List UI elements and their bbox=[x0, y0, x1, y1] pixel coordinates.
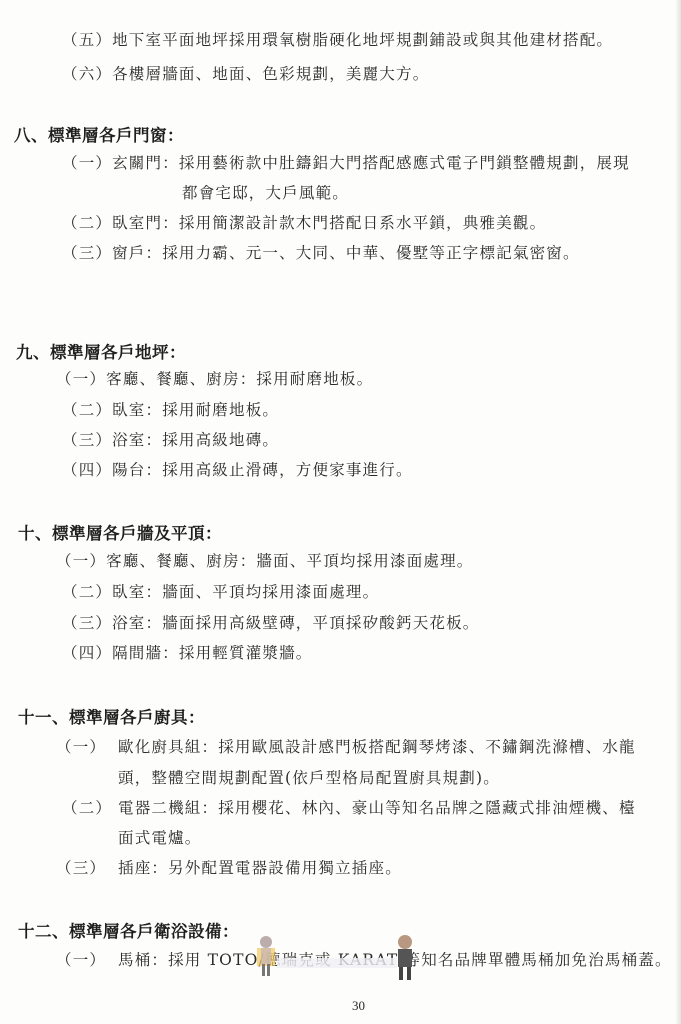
item-number: （四） bbox=[62, 641, 112, 663]
list-item: （三）插座：另外配置電器設備用獨立插座。 bbox=[56, 856, 402, 878]
item-text: 電器二機組：採用櫻花、林內、豪山等知名品牌之隱藏式排油煙機、檯 bbox=[118, 799, 636, 817]
list-item: （二）臥室門：採用簡潔設計款木門搭配日系水平鎖，典雅美觀。 bbox=[62, 211, 546, 233]
list-item: （五）地下室平面地坪採用環氧樹脂硬化地坪規劃鋪設或與其他建材搭配。 bbox=[62, 28, 613, 50]
item-number: （三） bbox=[56, 856, 118, 878]
item-text: 臥室：採用耐磨地板。 bbox=[112, 401, 279, 419]
item-number: （三） bbox=[62, 428, 112, 450]
watermark-figure-icon bbox=[255, 934, 277, 978]
list-item: （三）窗戶：採用力霸、元一、大同、中華、優墅等正字標記氣密窗。 bbox=[62, 241, 580, 263]
item-text: 浴室：採用高級地磚。 bbox=[112, 431, 279, 449]
item-number: （二） bbox=[62, 211, 112, 233]
item-number: （四） bbox=[62, 458, 112, 480]
item-text: 地下室平面地坪採用環氧樹脂硬化地坪規劃鋪設或與其他建材搭配。 bbox=[112, 31, 613, 49]
section-heading: 十一、標準層各戶廚具： bbox=[18, 704, 205, 728]
page-edge-shadow bbox=[675, 0, 681, 1024]
list-item: （一）歐化廚具組：採用歐風設計感門板搭配鋼琴烤漆、不鏽鋼洗滌槽、水龍 bbox=[56, 735, 636, 757]
list-item: （四）隔間牆：採用輕質灌漿牆。 bbox=[62, 641, 313, 663]
list-item: （一）客廳、餐廳、廚房：牆面、平頂均採用漆面處理。 bbox=[56, 549, 474, 571]
list-item: （四）陽台：採用高級止滑磚，方便家事進行。 bbox=[62, 458, 413, 480]
item-number: （五） bbox=[62, 28, 112, 50]
item-text: 玄關門：採用藝術款中肚鑄鋁大門搭配感應式電子門鎖整體規劃，展現 bbox=[112, 154, 630, 172]
item-text: 客廳、餐廳、廚房：採用耐磨地板。 bbox=[106, 370, 373, 388]
list-item: （六）各樓層牆面、地面、色彩規劃，美麗大方。 bbox=[62, 62, 429, 84]
item-continuation: 都會宅邸，大戶風範。 bbox=[182, 181, 349, 203]
item-text: 客廳、餐廳、廚房：牆面、平頂均採用漆面處理。 bbox=[106, 552, 473, 570]
item-number: （一） bbox=[56, 549, 106, 571]
item-text: 窗戶：採用力霸、元一、大同、中華、優墅等正字標記氣密窗。 bbox=[112, 244, 580, 262]
item-continuation: 頭，整體空間規劃配置(依戶型格局配置廚具規劃)。 bbox=[118, 766, 500, 788]
page-number: 30 bbox=[352, 998, 365, 1014]
item-number: （一） bbox=[62, 151, 112, 173]
item-number: （二） bbox=[62, 398, 112, 420]
item-text: 插座：另外配置電器設備用獨立插座。 bbox=[118, 859, 402, 877]
item-text: 隔間牆：採用輕質灌漿牆。 bbox=[112, 644, 312, 662]
item-continuation: 面式電爐。 bbox=[118, 826, 202, 848]
item-number: （二） bbox=[62, 580, 112, 602]
item-number: （一） bbox=[56, 948, 118, 970]
item-number: （三） bbox=[62, 241, 112, 263]
item-text: 臥室門：採用簡潔設計款木門搭配日系水平鎖，典雅美觀。 bbox=[112, 214, 546, 232]
item-number: （一） bbox=[56, 735, 118, 757]
watermark-band bbox=[277, 958, 397, 968]
item-text: 陽台：採用高級止滑磚，方便家事進行。 bbox=[112, 461, 413, 479]
item-text: 臥室：牆面、平頂均採用漆面處理。 bbox=[112, 583, 379, 601]
document-page: （五）地下室平面地坪採用環氧樹脂硬化地坪規劃鋪設或與其他建材搭配。 （六）各樓層… bbox=[0, 0, 681, 1024]
list-item: （二）臥室：採用耐磨地板。 bbox=[62, 398, 279, 420]
item-number: （一） bbox=[56, 367, 106, 389]
list-item: （三）浴室：牆面採用高級壁磚，平頂採矽酸鈣天花板。 bbox=[62, 611, 480, 633]
section-heading: 九、標準層各戶地坪： bbox=[16, 339, 186, 363]
item-number: （六） bbox=[62, 62, 112, 84]
item-text: 各樓層牆面、地面、色彩規劃，美麗大方。 bbox=[112, 65, 429, 83]
list-item: （三）浴室：採用高級地磚。 bbox=[62, 428, 279, 450]
watermark-figure-icon bbox=[393, 934, 417, 982]
item-number: （三） bbox=[62, 611, 112, 633]
list-item: （一）玄關門：採用藝術款中肚鑄鋁大門搭配感應式電子門鎖整體規劃，展現 bbox=[62, 151, 630, 173]
item-text: 浴室：牆面採用高級壁磚，平頂採矽酸鈣天花板。 bbox=[112, 614, 479, 632]
list-item: （二）臥室：牆面、平頂均採用漆面處理。 bbox=[62, 580, 379, 602]
item-text: 歐化廚具組：採用歐風設計感門板搭配鋼琴烤漆、不鏽鋼洗滌槽、水龍 bbox=[118, 738, 636, 756]
item-number: （二） bbox=[62, 796, 118, 818]
list-item: （一）客廳、餐廳、廚房：採用耐磨地板。 bbox=[56, 367, 373, 389]
section-heading: 八、標準層各戶門窗： bbox=[14, 122, 184, 146]
list-item: （二）電器二機組：採用櫻花、林內、豪山等知名品牌之隱藏式排油煙機、檯 bbox=[62, 796, 636, 818]
section-heading: 十二、標準層各戶衛浴設備： bbox=[18, 918, 239, 942]
section-heading: 十、標準層各戶牆及平頂： bbox=[18, 520, 222, 544]
